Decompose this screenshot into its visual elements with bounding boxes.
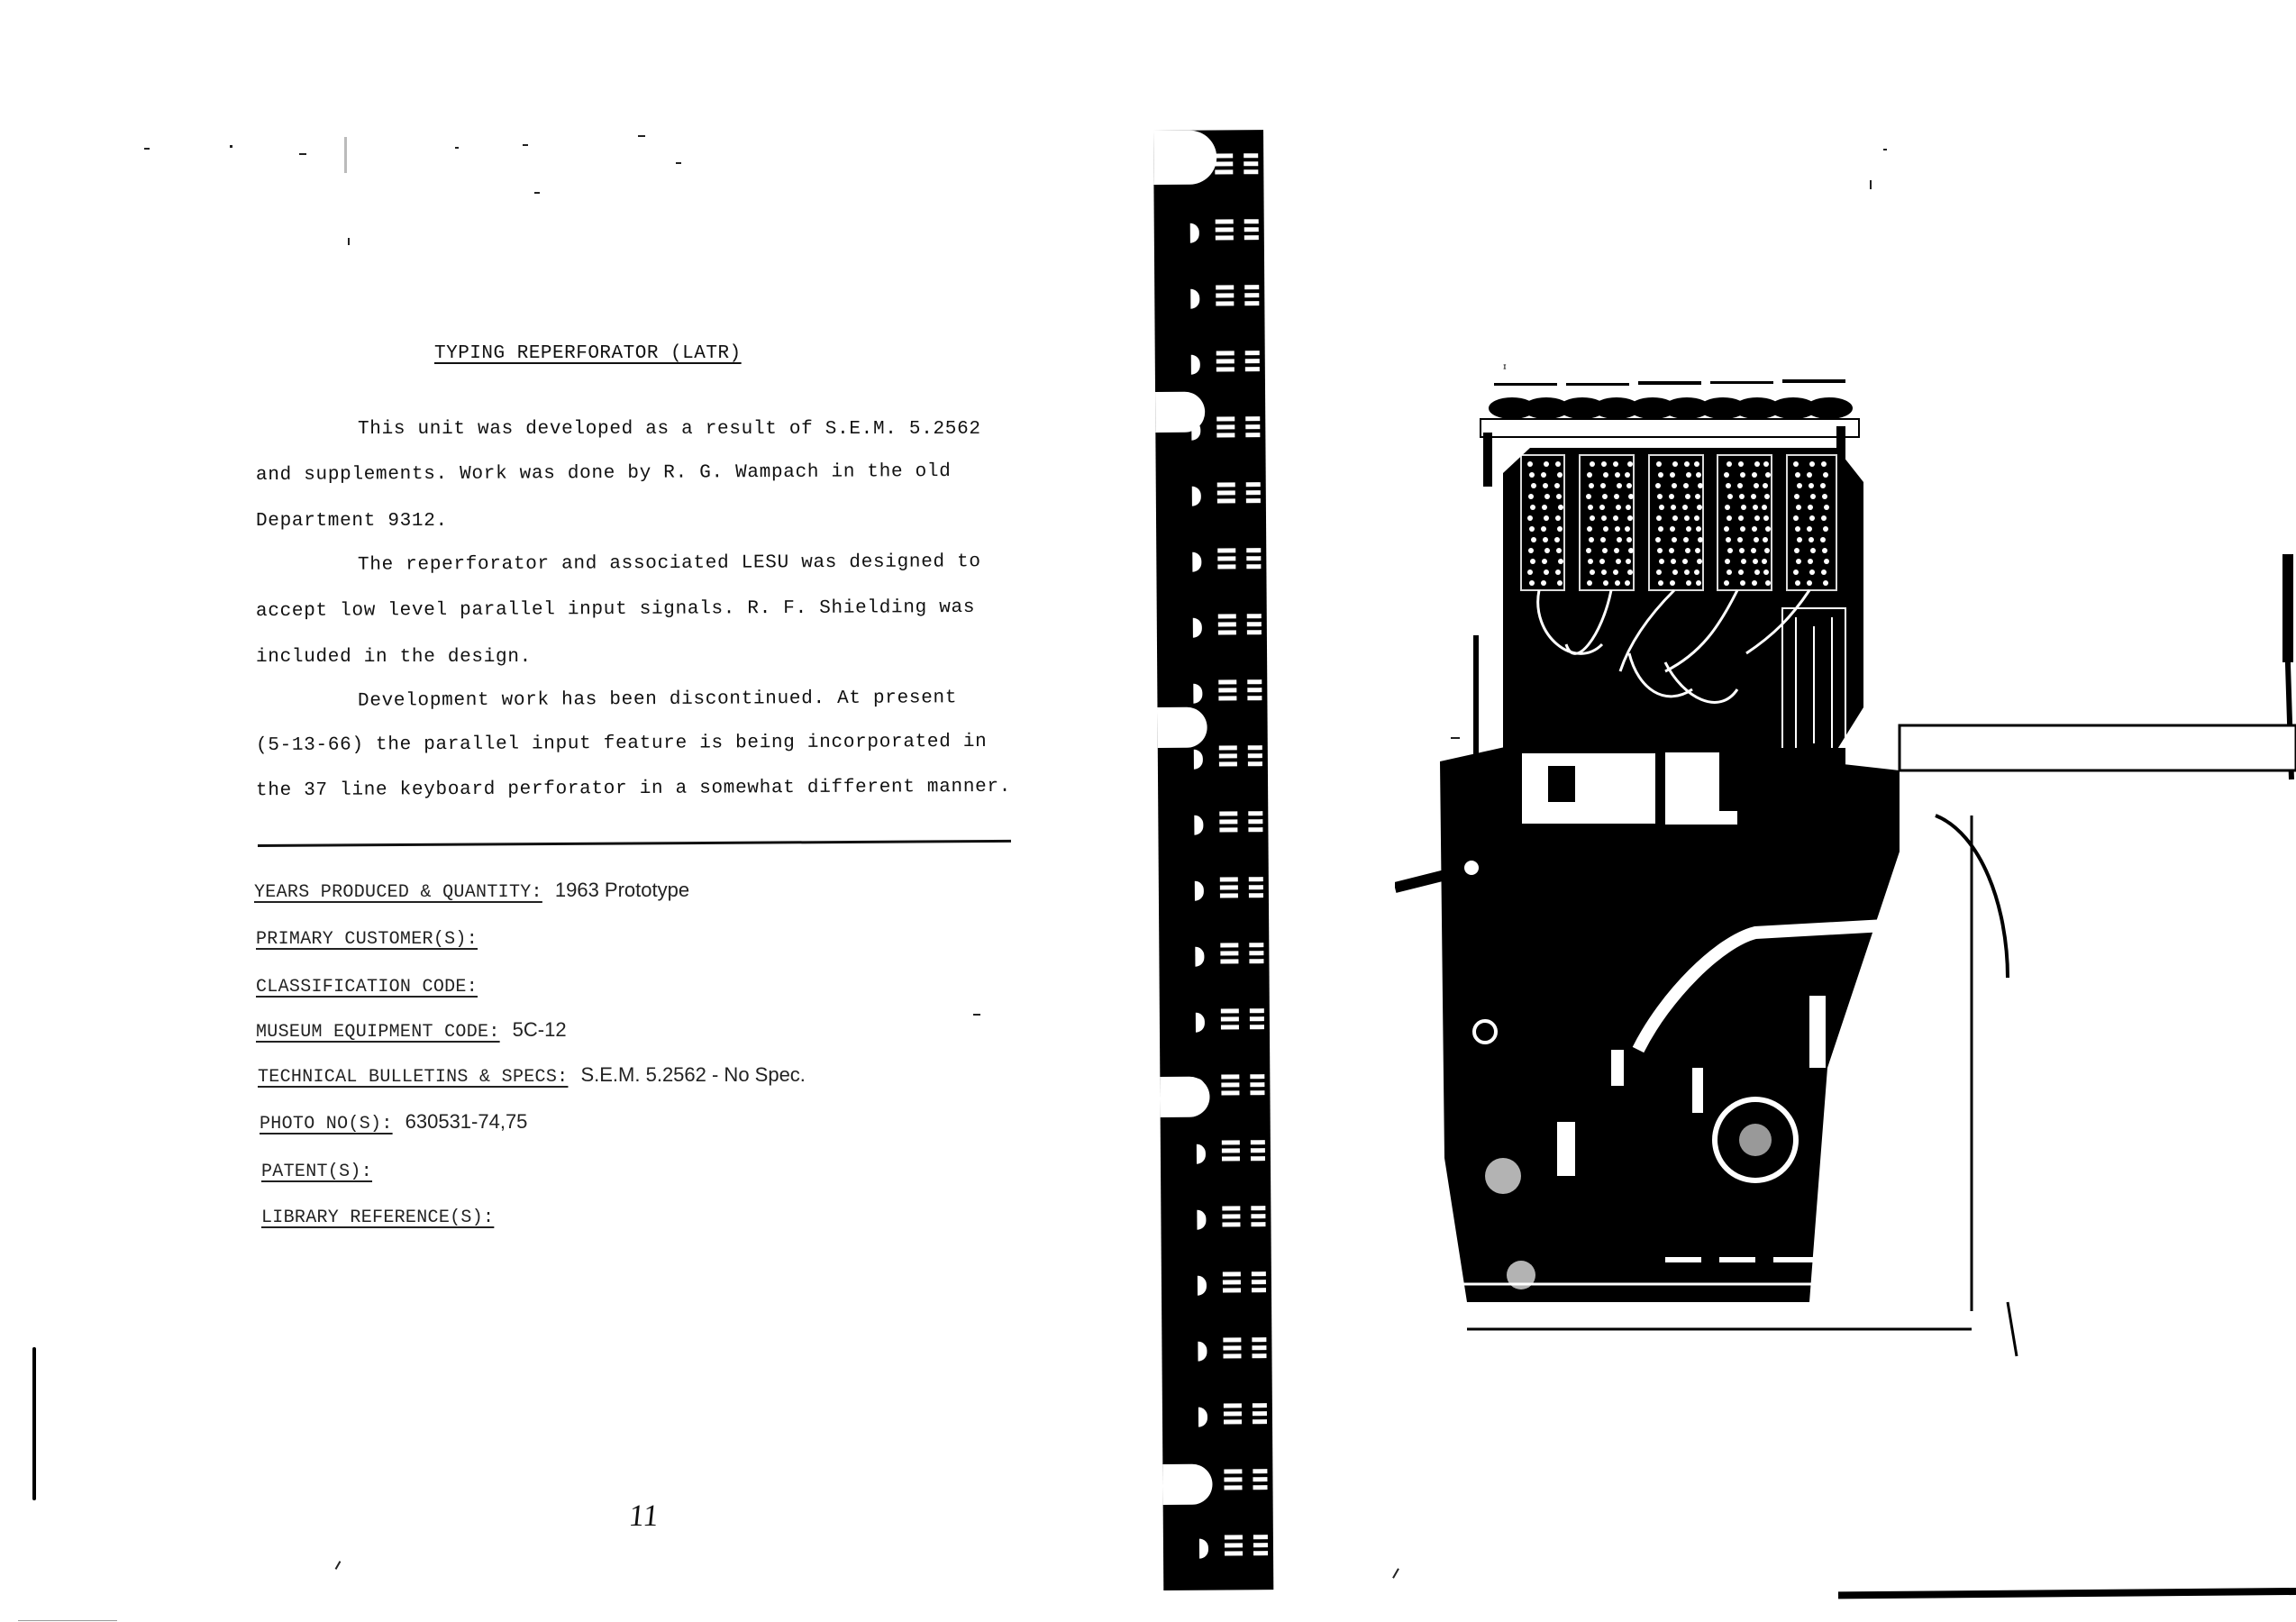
binding-mark — [1252, 1353, 1266, 1358]
binding-mark — [1245, 367, 1260, 371]
scan-speck — [523, 144, 528, 146]
binding-mark — [1223, 1345, 1241, 1350]
binding-mark — [1253, 1419, 1267, 1424]
scan-speck — [676, 162, 681, 164]
binding-mark — [1247, 688, 1262, 692]
scan-margin-mark — [32, 1347, 36, 1500]
binding-mark — [1253, 1477, 1267, 1481]
binding-mark — [1215, 169, 1233, 174]
binding-mark — [1222, 1214, 1240, 1218]
binding-mark — [1247, 679, 1262, 684]
binding-mark — [1217, 482, 1235, 487]
binding-mark — [1251, 1206, 1265, 1210]
binding-mark — [1252, 1288, 1266, 1292]
binding-notch — [1162, 1464, 1212, 1505]
binding-hole — [1198, 1342, 1207, 1362]
binding-mark — [1249, 877, 1263, 881]
binding-mark — [1217, 556, 1235, 560]
binding-mark — [1250, 1016, 1264, 1021]
binding-mark — [1221, 1008, 1239, 1013]
binding-mark — [1216, 433, 1235, 437]
field-library-references: LIBRARY REFERENCE(S): — [261, 1204, 506, 1228]
binding-mark — [1222, 1206, 1240, 1210]
binding-mark — [1223, 1337, 1241, 1342]
binding-mark — [1216, 367, 1235, 371]
binding-mark — [1246, 490, 1261, 495]
binding-mark — [1244, 169, 1258, 174]
binding-hole — [1193, 618, 1202, 638]
field-label: LIBRARY REFERENCE(S): — [261, 1207, 494, 1228]
scan-speck — [534, 192, 540, 194]
field-label: PHOTO NO(S): — [260, 1114, 393, 1134]
scan-speck — [335, 1561, 342, 1570]
binding-hole — [1195, 947, 1204, 967]
binding-mark — [1219, 819, 1237, 824]
binding-mark — [1221, 1016, 1239, 1021]
binding-mark — [1247, 614, 1262, 618]
binding-mark — [1247, 630, 1262, 634]
binding-mark — [1222, 1140, 1240, 1144]
binding-mark — [1244, 161, 1258, 166]
binding-mark — [1219, 761, 1237, 766]
binding-notch — [1160, 1077, 1209, 1117]
binding-mark — [1251, 1148, 1265, 1153]
binding-mark — [1244, 293, 1259, 297]
binding-mark — [1252, 1337, 1266, 1342]
field-museum-equipment-code: MUSEUM EQUIPMENT CODE:5C-12 — [256, 1018, 567, 1043]
scan-speck — [348, 238, 350, 245]
binding-mark — [1246, 556, 1261, 560]
binding-mark — [1225, 1543, 1243, 1547]
binding-mark — [1244, 235, 1259, 240]
binding-mark — [1218, 614, 1236, 618]
binding-mark — [1250, 1082, 1264, 1087]
paragraph-line: and supplements. Work was done by R. G. … — [256, 461, 952, 486]
scan-speck — [1392, 1568, 1399, 1578]
field-technical-bulletins: TECHNICAL BULLETINS & SPECS:S.E.M. 5.256… — [258, 1063, 806, 1088]
binding-mark — [1224, 1403, 1242, 1408]
scan-speck — [455, 147, 459, 149]
field-value: 1963 Prototype — [555, 879, 689, 901]
binding-mark — [1219, 827, 1237, 832]
binding-mark — [1222, 1222, 1240, 1226]
binding-hole — [1197, 1210, 1206, 1230]
binding-hole — [1195, 881, 1204, 901]
page-number: 11 — [627, 1499, 661, 1534]
document-title: TYPING REPERFORATOR (LATR) — [434, 343, 742, 364]
binding-mark — [1221, 1082, 1239, 1087]
binding-mark — [1251, 1214, 1265, 1218]
binding-mark — [1250, 1025, 1264, 1029]
binding-mark — [1216, 301, 1234, 305]
binding-notch — [1153, 131, 1216, 185]
field-primary-customers: PRIMARY CUSTOMER(S): — [256, 925, 490, 950]
field-label: MUSEUM EQUIPMENT CODE: — [256, 1022, 500, 1043]
binding-hole — [1198, 1276, 1207, 1296]
binding-mark — [1221, 1090, 1239, 1095]
binding-mark — [1220, 959, 1238, 963]
reperforator-photo: ᶦ — [1395, 347, 2296, 1401]
binding-mark — [1223, 1353, 1241, 1358]
binding-mark — [1246, 564, 1261, 569]
binding-mark — [1252, 1271, 1266, 1276]
binding-mark — [1248, 761, 1262, 766]
paragraph-line: Department 9312. — [256, 511, 448, 532]
binding-mark — [1245, 433, 1260, 437]
binding-mark — [1245, 351, 1260, 355]
binding-mark — [1245, 416, 1260, 421]
paragraph-line: accept low level parallel input signals.… — [256, 597, 975, 622]
binding-mark — [1249, 951, 1263, 955]
binding-mark — [1216, 359, 1235, 363]
binding-mark — [1215, 161, 1233, 166]
binding-mark — [1253, 1469, 1267, 1473]
binding-mark — [1247, 696, 1262, 700]
binding-mark — [1220, 951, 1238, 955]
binding-mark — [1216, 424, 1235, 429]
binding-mark — [1223, 1280, 1241, 1284]
binding-mark — [1248, 827, 1262, 832]
binding-mark — [1216, 219, 1234, 223]
binding-mark — [1244, 227, 1259, 232]
binding-mark — [1253, 1535, 1268, 1539]
field-label: TECHNICAL BULLETINS & SPECS: — [258, 1067, 568, 1088]
binding-hole — [1190, 289, 1199, 309]
field-label: YEARS PRODUCED & QUANTITY: — [254, 882, 542, 903]
binding-mark — [1222, 1156, 1240, 1161]
binding-mark — [1216, 235, 1234, 240]
binding-mark — [1250, 1008, 1264, 1013]
binding-mark — [1220, 893, 1238, 898]
left-page: TYPING REPERFORATOR (LATR) This unit was… — [0, 0, 1153, 1622]
binding-mark — [1251, 1156, 1265, 1161]
binding-mark — [1225, 1551, 1243, 1555]
field-classification-code: CLASSIFICATION CODE: — [256, 973, 490, 998]
binding-hole — [1198, 1408, 1207, 1427]
binding-hole — [1192, 552, 1201, 572]
field-label: PRIMARY CUSTOMER(S): — [256, 929, 478, 950]
binding-mark — [1217, 490, 1235, 495]
binding-mark — [1250, 1074, 1264, 1079]
binding-mark — [1224, 1469, 1242, 1473]
scan-speck — [230, 145, 232, 148]
binding-mark — [1218, 630, 1236, 634]
binding-mark — [1249, 959, 1263, 963]
binding-mark — [1248, 819, 1262, 824]
field-photo-numbers: PHOTO NO(S):630531-74,75 — [260, 1110, 527, 1134]
binding-mark — [1248, 745, 1262, 750]
binding-mark — [1251, 1222, 1265, 1226]
binding-mark — [1216, 416, 1235, 421]
binding-mark — [1245, 424, 1260, 429]
scan-speck — [973, 1014, 980, 1016]
binding-mark — [1218, 679, 1236, 684]
binding-mark — [1223, 1271, 1241, 1276]
paragraph-line: (5-13-66) the parallel input feature is … — [256, 732, 988, 756]
binding-hole — [1192, 487, 1201, 506]
scan-speck — [638, 135, 645, 137]
binding-mark — [1244, 285, 1259, 289]
binding-mark — [1246, 548, 1261, 552]
field-value: S.E.M. 5.2562 - No Spec. — [580, 1063, 805, 1086]
binding-mark — [1220, 877, 1238, 881]
binding-mark — [1216, 285, 1234, 289]
binding-mark — [1253, 1411, 1267, 1416]
binding-mark — [1219, 753, 1237, 758]
binding-mark — [1220, 885, 1238, 889]
binding-mark — [1216, 227, 1234, 232]
field-years-produced: YEARS PRODUCED & QUANTITY:1963 Prototype — [254, 879, 689, 903]
scan-speck — [144, 148, 150, 150]
binding-mark — [1224, 1485, 1242, 1490]
binding-strip — [1153, 130, 1273, 1590]
paragraph-line: Development work has been discontinued. … — [358, 688, 957, 711]
svg-text:ᶦ: ᶦ — [1503, 360, 1507, 378]
binding-mark — [1223, 1288, 1241, 1292]
binding-mark — [1216, 293, 1234, 297]
binding-mark — [1216, 351, 1235, 355]
field-value: 5C-12 — [513, 1018, 567, 1041]
paragraph-line: the 37 line keyboard perforator in a som… — [256, 777, 1011, 801]
binding-mark — [1218, 688, 1236, 692]
field-label: CLASSIFICATION CODE: — [256, 977, 478, 998]
binding-hole — [1191, 355, 1200, 375]
binding-mark — [1224, 1419, 1242, 1424]
binding-mark — [1225, 1535, 1243, 1539]
binding-mark — [1249, 885, 1263, 889]
binding-mark — [1219, 811, 1237, 816]
binding-mark — [1253, 1551, 1268, 1555]
binding-hole — [1196, 1013, 1205, 1033]
binding-hole — [1190, 223, 1199, 243]
binding-mark — [1248, 811, 1262, 816]
binding-mark — [1253, 1403, 1267, 1408]
scan-speck — [1870, 180, 1872, 189]
binding-mark — [1244, 301, 1259, 305]
binding-mark — [1252, 1280, 1266, 1284]
field-label: PATENT(S): — [261, 1162, 372, 1182]
binding-hole — [1194, 816, 1203, 835]
scan-speck — [344, 137, 347, 173]
binding-mark — [1218, 696, 1236, 700]
section-divider — [258, 840, 1011, 847]
binding-mark — [1222, 1148, 1240, 1153]
binding-mark — [1221, 1025, 1239, 1029]
binding-mark — [1224, 1411, 1242, 1416]
paragraph-line: The reperforator and associated LESU was… — [358, 551, 981, 576]
binding-mark — [1244, 219, 1259, 223]
binding-hole — [1197, 1144, 1206, 1164]
binding-hole — [1199, 1539, 1208, 1559]
binding-mark — [1249, 893, 1263, 898]
binding-mark — [1252, 1345, 1266, 1350]
binding-mark — [1251, 1140, 1265, 1144]
binding-mark — [1246, 482, 1261, 487]
binding-mark — [1253, 1485, 1267, 1490]
paragraph-line: included in the design. — [256, 647, 532, 668]
binding-mark — [1220, 943, 1238, 947]
paragraph-line: This unit was developed as a result of S… — [358, 419, 981, 440]
binding-mark — [1217, 564, 1235, 569]
binding-notch — [1155, 392, 1205, 433]
binding-mark — [1253, 1543, 1268, 1547]
field-value: 630531-74,75 — [405, 1110, 528, 1133]
binding-notch — [1157, 707, 1207, 748]
scan-speck — [299, 153, 306, 155]
binding-hole — [1193, 684, 1202, 704]
binding-mark — [1246, 498, 1261, 503]
binding-mark — [1217, 498, 1235, 503]
binding-mark — [1249, 943, 1263, 947]
binding-mark — [1250, 1090, 1264, 1095]
binding-hole — [1194, 750, 1203, 770]
binding-mark — [1244, 153, 1258, 158]
scan-speck — [1883, 149, 1887, 150]
binding-mark — [1245, 359, 1260, 363]
binding-mark — [1248, 753, 1262, 758]
binding-mark — [1221, 1074, 1239, 1079]
binding-mark — [1247, 622, 1262, 626]
binding-mark — [1215, 153, 1233, 158]
field-patents: PATENT(S): — [261, 1158, 385, 1182]
binding-mark — [1219, 745, 1237, 750]
scan-edge-line — [18, 1620, 117, 1621]
binding-mark — [1218, 622, 1236, 626]
binding-mark — [1224, 1477, 1242, 1481]
binding-mark — [1217, 548, 1235, 552]
